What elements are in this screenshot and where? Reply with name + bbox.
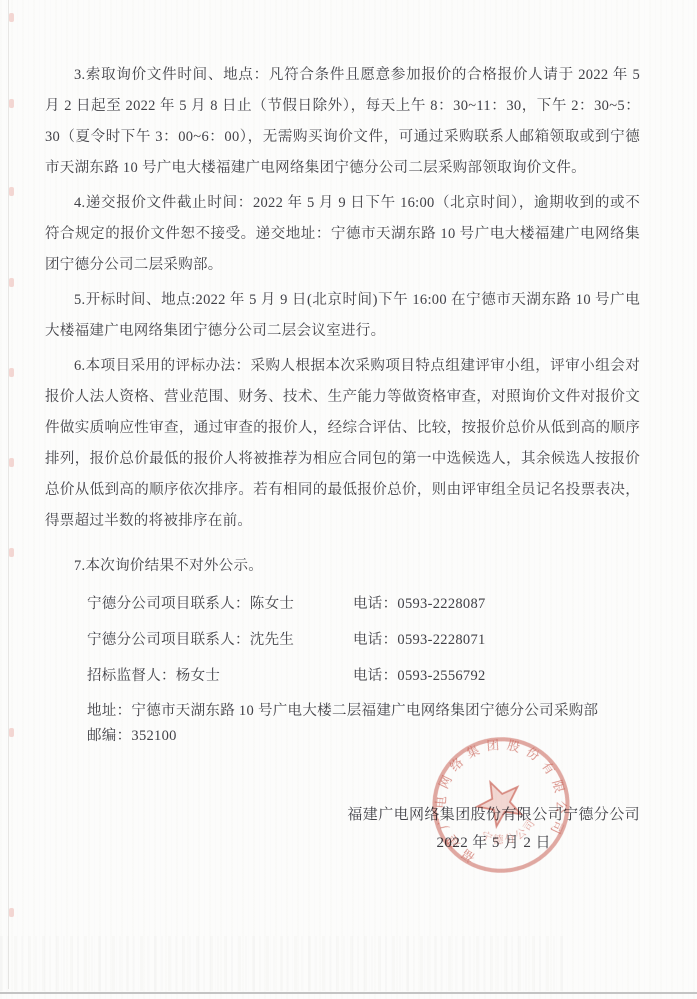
contact-row: 宁德分公司项目联系人：陈女士 电话：0593-2228087 (45, 586, 640, 622)
contact-name: 宁德分公司项目联系人：沈先生 (87, 625, 353, 656)
contact-phone: 电话：0593-2556792 (353, 661, 486, 692)
contact-phone: 电话：0593-2228071 (353, 625, 486, 656)
scan-mark (9, 908, 14, 917)
seal-inner-text-holder: 宁德分公司 (476, 814, 542, 852)
contact-row: 招标监督人：杨女士 电话：0593-2556792 (45, 658, 640, 694)
contact-name: 招标监督人：杨女士 (87, 661, 353, 692)
paragraph-obtain-documents: 3.索取询价文件时间、地点：凡符合条件且愿意参加报价的合格报价人请于 2022 … (45, 60, 640, 184)
contact-list: 宁德分公司项目联系人：陈女士 电话：0593-2228087 宁德分公司项目联系… (45, 586, 640, 694)
paragraph-submission-deadline: 4.递交报价文件截止时间：2022 年 5 月 9 日下午 16:00（北京时间… (45, 188, 640, 281)
contact-name: 宁德分公司项目联系人：陈女士 (87, 589, 353, 620)
page-bottom-edge (0, 992, 697, 994)
document-body: 3.索取询价文件时间、地点：凡符合条件且愿意参加报价的合格报价人请于 2022 … (0, 0, 697, 857)
paragraph-evaluation-method: 6.本项目采用的评标办法：采购人根据本次采购项目特点组建评审小组，评审小组会对报… (45, 351, 640, 537)
star-icon (472, 776, 525, 830)
contact-phone: 电话：0593-2228087 (353, 589, 486, 620)
contact-row: 宁德分公司项目联系人：沈先生 电话：0593-2228071 (45, 622, 640, 658)
scan-artifact-strip (0, 936, 567, 991)
paragraph-result-notice: 7.本次询价结果不对外公示。 (45, 551, 640, 582)
paragraph-bid-opening: 5.开标时间、地点:2022 年 5 月 9 日(北京时间)下午 16:00 在… (45, 285, 640, 347)
seal-inner-text: 宁德分公司 (476, 814, 542, 852)
document-page: 3.索取询价文件时间、地点：凡符合条件且愿意参加报价的合格报价人请于 2022 … (0, 0, 697, 999)
